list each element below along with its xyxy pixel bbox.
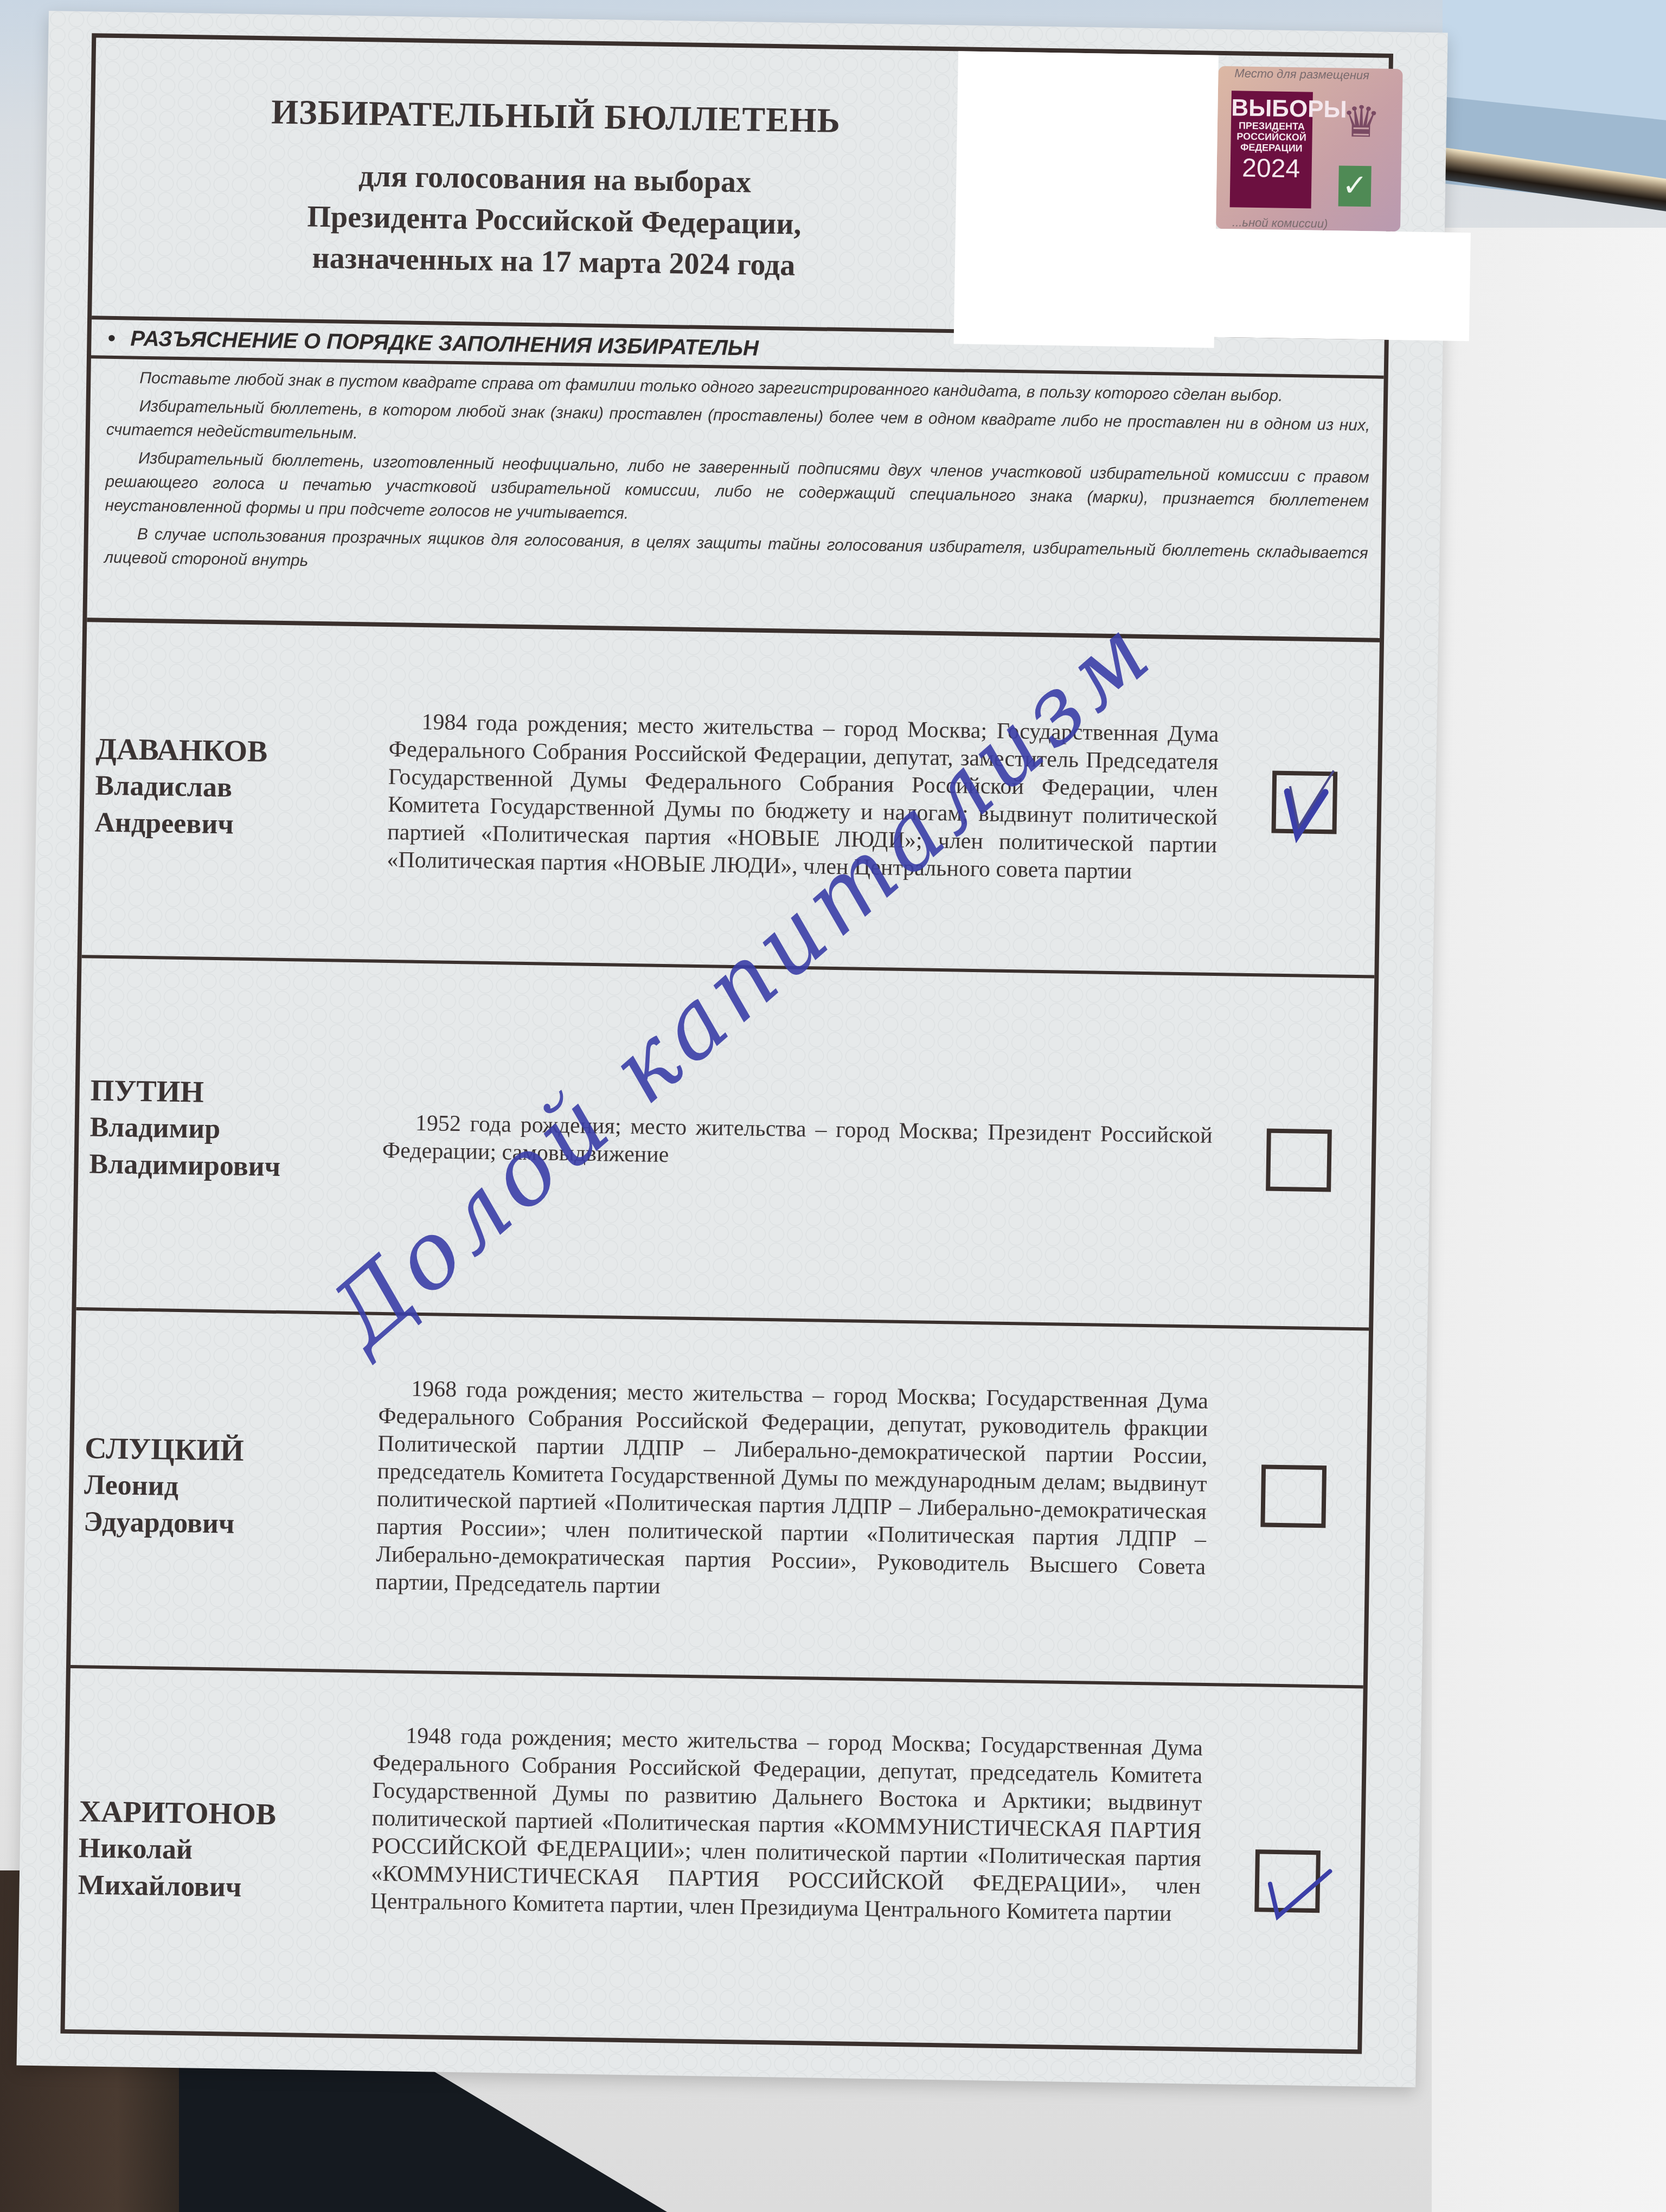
candidate-bio: 1968 года рождения; место жительства – г…: [375, 1375, 1208, 1609]
background-table: [1432, 228, 1666, 2212]
redaction-block: [954, 51, 1219, 348]
logo-line: ВЫБОРЫ: [1231, 96, 1313, 121]
candidate-first-name: Леонид: [84, 1467, 345, 1508]
ballot-paper: ИЗБИРАТЕЛЬНЫЙ БЮЛЛЕТЕНЬ для голосования …: [16, 11, 1447, 2087]
candidate-first-name: Владислав: [95, 768, 356, 809]
logo-line: ФЕДЕРАЦИИ: [1231, 142, 1312, 153]
candidate-patronymic: Андреевич: [94, 805, 355, 846]
candidate-row: ХАРИТОНОВ Николай Михайлович 1948 года р…: [65, 1668, 1363, 2057]
logo-year: 2024: [1230, 152, 1312, 185]
candidate-surname: СЛУЦКИЙ: [85, 1430, 345, 1471]
ballot-frame: ИЗБИРАТЕЛЬНЫЙ БЮЛЛЕТЕНЬ для голосования …: [60, 33, 1393, 2054]
candidate-patronymic: Эдуардович: [84, 1503, 344, 1545]
instructions-heading-text: РАЗЪЯСНЕНИЕ О ПОРЯДКЕ ЗАПОЛНЕНИЯ ИЗБИРАТ…: [130, 326, 759, 360]
ballot-title: ИЗБИРАТЕЛЬНЫЙ БЮЛЛЕТЕНЬ: [230, 91, 882, 142]
vote-checkbox[interactable]: [1266, 1129, 1332, 1192]
candidate-bio: 1948 года рождения; место жительства – г…: [370, 1722, 1203, 1928]
candidate-surname: ХАРИТОНОВ: [79, 1793, 339, 1834]
handwritten-check-icon: [1248, 1832, 1358, 1931]
vote-checkbox[interactable]: [1254, 1849, 1321, 1913]
logo-line: РОССИЙСКОЙ: [1231, 131, 1312, 143]
stamp-top-caption: Место для размещения: [1234, 66, 1369, 82]
candidate-patronymic: Владимирович: [89, 1146, 350, 1187]
check-mark-icon: ✓: [1338, 165, 1372, 207]
vote-checkbox[interactable]: [1260, 1464, 1327, 1528]
redaction-block: [1209, 229, 1471, 342]
elections-logo: ВЫБОРЫ ПРЕЗИДЕНТА РОССИЙСКОЙ ФЕДЕРАЦИИ 2…: [1230, 91, 1313, 208]
candidate-row: СЛУЦКИЙ Леонид Эдуардович 1968 года рожд…: [71, 1310, 1369, 1688]
candidate-surname: ДАВАНКОВ: [95, 731, 356, 772]
candidate-name: СЛУЦКИЙ Леонид Эдуардович: [84, 1430, 345, 1545]
candidate-first-name: Николай: [78, 1830, 339, 1871]
coat-of-arms-icon: ♛: [1336, 95, 1386, 150]
instructions-body: Поставьте любой знак в пустом квадрате с…: [104, 366, 1371, 594]
handwritten-check-icon: [1265, 753, 1353, 852]
candidate-name: ПУТИН Владимир Владимирович: [89, 1072, 351, 1187]
logo-line: ПРЕЗИДЕНТА: [1231, 120, 1312, 132]
ballot-header: ИЗБИРАТЕЛЬНЫЙ БЮЛЛЕТЕНЬ для голосования …: [92, 37, 1389, 339]
instruction-paragraph: Избирательный бюллетень, изготовленный н…: [105, 446, 1369, 538]
bullet-icon: •: [107, 326, 116, 351]
ballot-subtitle: для голосования на выборах Президента Ро…: [228, 153, 880, 287]
candidate-surname: ПУТИН: [90, 1072, 351, 1113]
candidate-name: ДАВАНКОВ Владислав Андреевич: [94, 731, 356, 846]
vote-checkbox[interactable]: [1271, 771, 1337, 834]
candidate-name: ХАРИТОНОВ Николай Михайлович: [78, 1793, 339, 1908]
candidate-first-name: Владимир: [89, 1109, 350, 1150]
election-stamp: Место для размещения ВЫБОРЫ ПРЕЗИДЕНТА Р…: [1216, 66, 1403, 232]
candidate-patronymic: Михайлович: [78, 1867, 338, 1908]
